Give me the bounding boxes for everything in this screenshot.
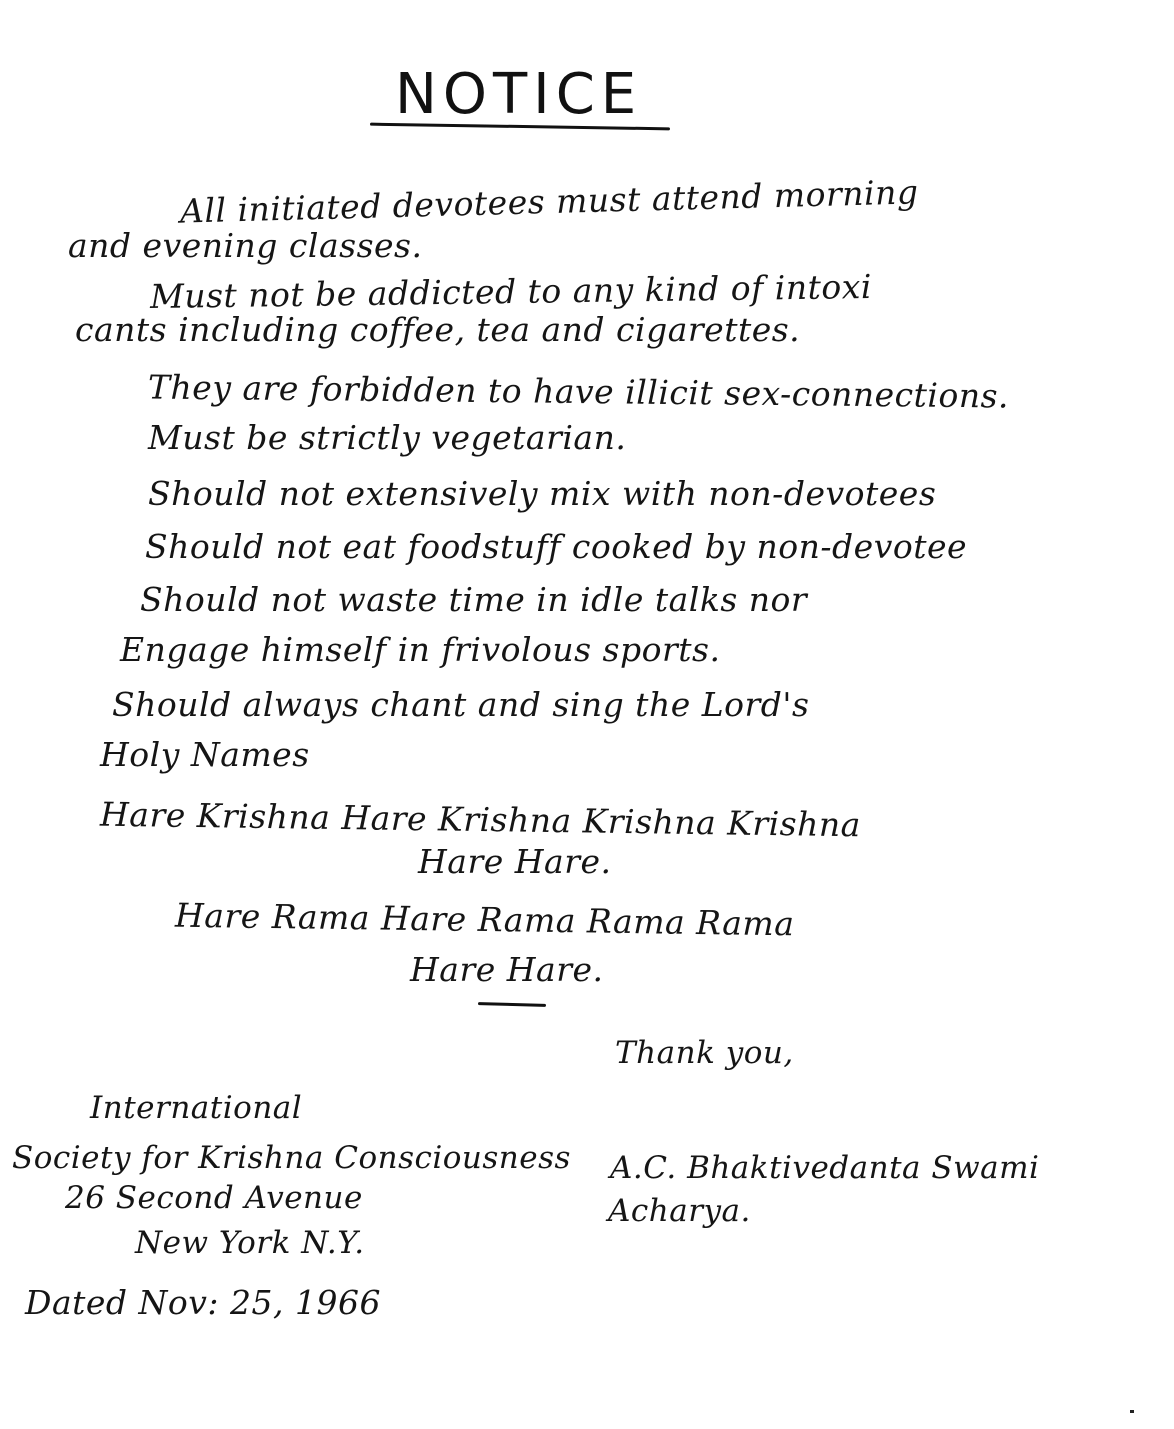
- rule-2-line-1: Must not be addicted to any kind of into…: [150, 267, 872, 316]
- document-date: Dated Nov: 25, 1966: [25, 1283, 381, 1322]
- rule-1-line-1: All initiated devotees must attend morni…: [180, 172, 919, 230]
- separator-line: [478, 1002, 546, 1007]
- address-line-3: 26 Second Avenue: [65, 1180, 363, 1216]
- address-line-2: Society for Krishna Consciousness: [12, 1140, 571, 1176]
- rule-7-line-1: Should not waste time in idle talks nor: [140, 580, 807, 619]
- mantra-line-4: Hare Hare.: [410, 950, 604, 989]
- rule-8-line-2: Holy Names: [100, 735, 310, 774]
- rule-8-line-1: Should always chant and sing the Lord's: [112, 685, 809, 724]
- notice-title: NOTICE: [395, 62, 642, 127]
- scan-speck: [1130, 1410, 1134, 1413]
- mantra-line-2: Hare Hare.: [418, 842, 612, 881]
- signature-title: Acharya.: [608, 1193, 751, 1229]
- rule-5: Should not extensively mix with non-devo…: [148, 474, 936, 513]
- rule-1-line-2: and evening classes.: [68, 226, 422, 265]
- mantra-line-3: Hare Rama Hare Rama Rama Rama: [175, 896, 795, 944]
- address-line-4: New York N.Y.: [135, 1225, 365, 1261]
- rule-6: Should not eat foodstuff cooked by non-d…: [145, 527, 967, 566]
- mantra-line-1: Hare Krishna Hare Krishna Krishna Krishn…: [100, 795, 861, 845]
- closing-thank-you: Thank you,: [615, 1035, 794, 1071]
- rule-3: They are forbidden to have illicit sex-c…: [148, 367, 1009, 415]
- signature-name: A.C. Bhaktivedanta Swami: [610, 1150, 1039, 1186]
- rule-4: Must be strictly vegetarian.: [148, 418, 626, 457]
- rule-2-line-2: cants including coffee, tea and cigarett…: [75, 310, 800, 349]
- rule-7-line-2: Engage himself in frivolous sports.: [120, 630, 720, 669]
- address-line-1: International: [90, 1090, 302, 1126]
